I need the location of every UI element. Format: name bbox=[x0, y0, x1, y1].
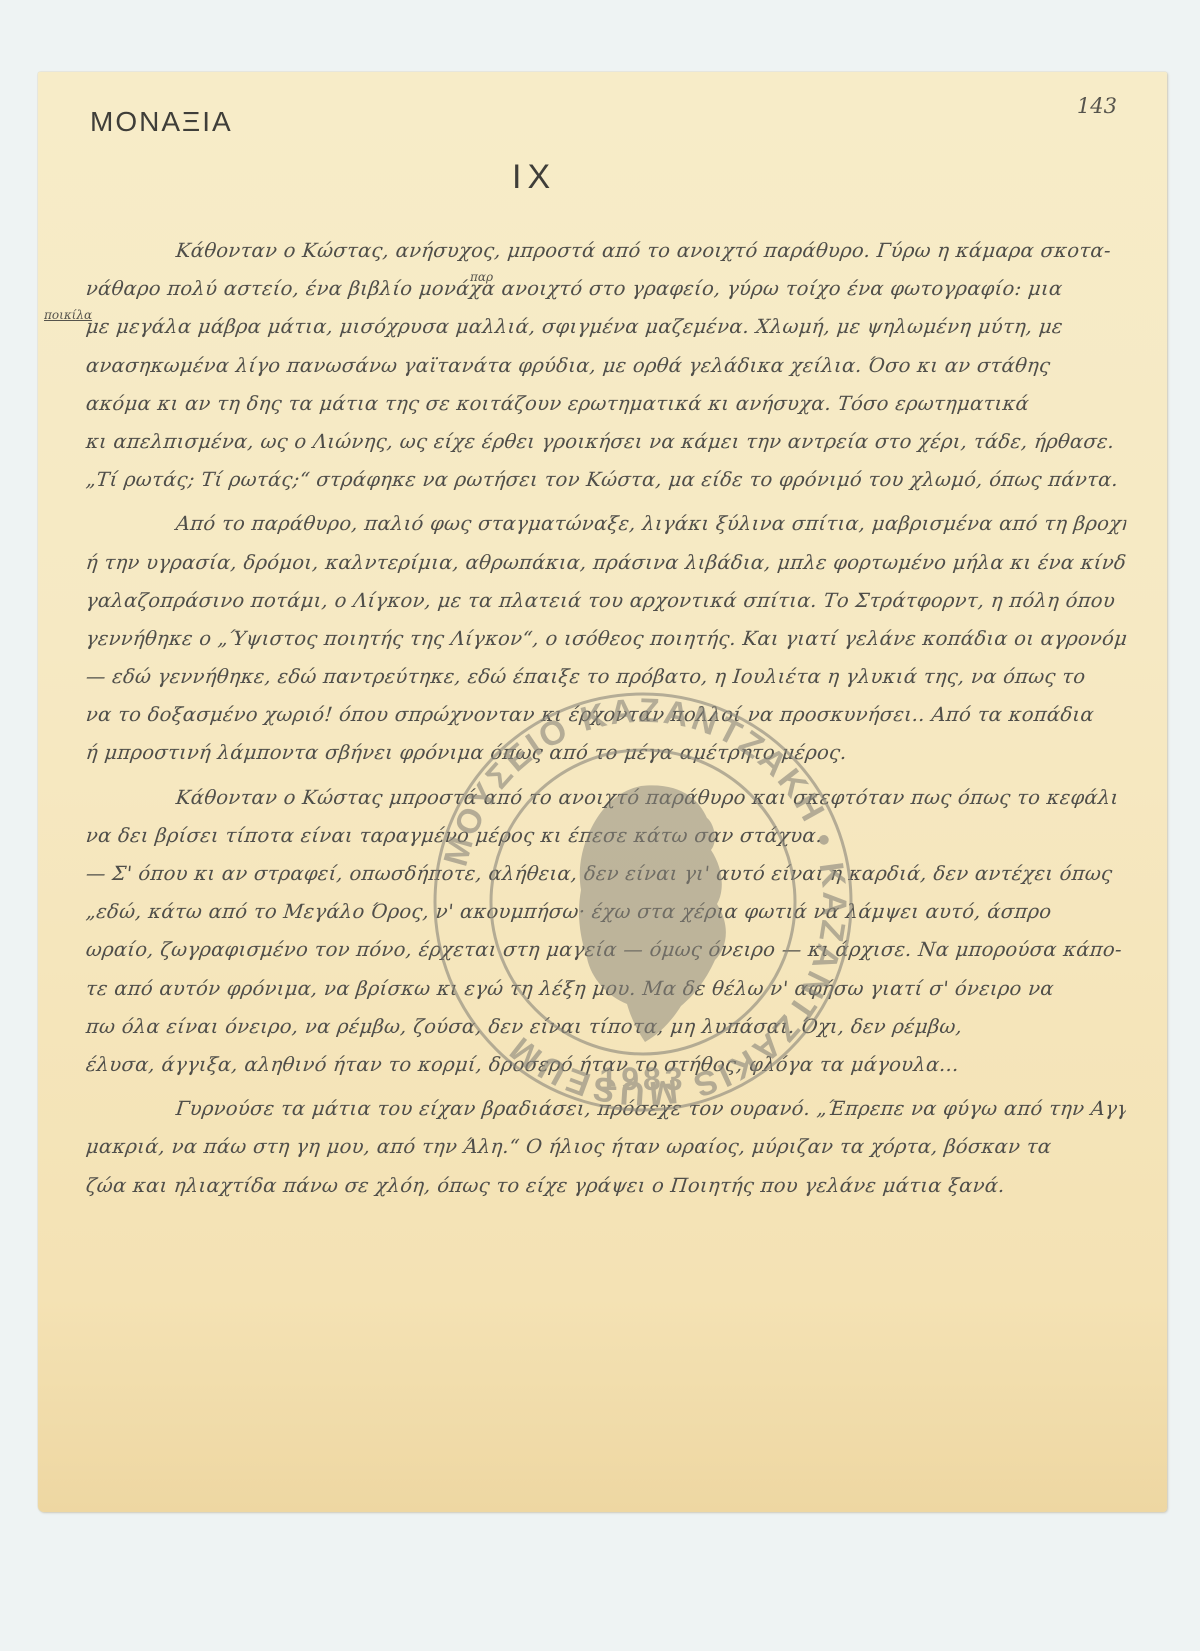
manuscript-line: με μεγάλα μάβρα μάτια, μισόχρυσα μαλλιά,… bbox=[84, 308, 1128, 346]
manuscript-page: ΜΟΝΑΞΙΑ 143 IX παρ ποικίλα Κάθονταν ο Κώ… bbox=[38, 72, 1167, 1512]
margin-note-left: ποικίλα bbox=[44, 308, 92, 322]
page-number: 143 bbox=[1077, 94, 1117, 118]
chapter-heading: IX bbox=[512, 158, 556, 197]
manuscript-title: ΜΟΝΑΞΙΑ bbox=[90, 106, 233, 138]
manuscript-line: ζώα και ηλιαχτίδα πάνω σε χλόη, όπως το … bbox=[84, 1167, 1128, 1205]
manuscript-line: νάθαρο πολύ αστείο, ένα βιβλίο μονάχα αν… bbox=[84, 270, 1128, 308]
manuscript-line: „Τί ρωτάς; Τί ρωτάς;“ στράφηκε να ρωτήσε… bbox=[84, 461, 1128, 499]
museum-watermark-stamp: ΜΟΥΣΕΙΟ ΚΑΖΑΝΤΖΑΚΗ • KAZANTZAKIS MUSEUM … bbox=[431, 690, 855, 1114]
manuscript-line: ακόμα κι αν τη δης τα μάτια της σε κοιτά… bbox=[84, 385, 1128, 423]
kazantzakis-museum-seal-icon: ΜΟΥΣΕΙΟ ΚΑΖΑΝΤΖΑΚΗ • KAZANTZAKIS MUSEUM … bbox=[431, 690, 855, 1114]
manuscript-line: Κάθονταν ο Κώστας, ανήσυχος, μπροστά από… bbox=[84, 232, 1128, 270]
manuscript-line: Από το παράθυρο, παλιό φως σταγματώναξε,… bbox=[84, 505, 1128, 543]
manuscript-line: γεννήθηκε ο „Ύψιστος ποιητής της Λίγκον“… bbox=[84, 620, 1128, 658]
manuscript-line: ανασηκωμένα λίγο πανωσάνω γαϊτανάτα φρύδ… bbox=[84, 347, 1128, 385]
manuscript-line: γαλαζοπράσινο ποτάμι, ο Λίγκον, με τα πλ… bbox=[84, 582, 1128, 620]
manuscript-line: μακριά, να πάω στη γη μου, από την Άλη.“… bbox=[84, 1128, 1128, 1166]
manuscript-line: κι απελπισμένα, ως ο Λιώνης, ως είχε έρθ… bbox=[84, 423, 1128, 461]
manuscript-line: ή την υγρασία, δρόμοι, καλντερίμια, αθρω… bbox=[84, 544, 1128, 582]
svg-text:1983: 1983 bbox=[599, 1061, 686, 1097]
